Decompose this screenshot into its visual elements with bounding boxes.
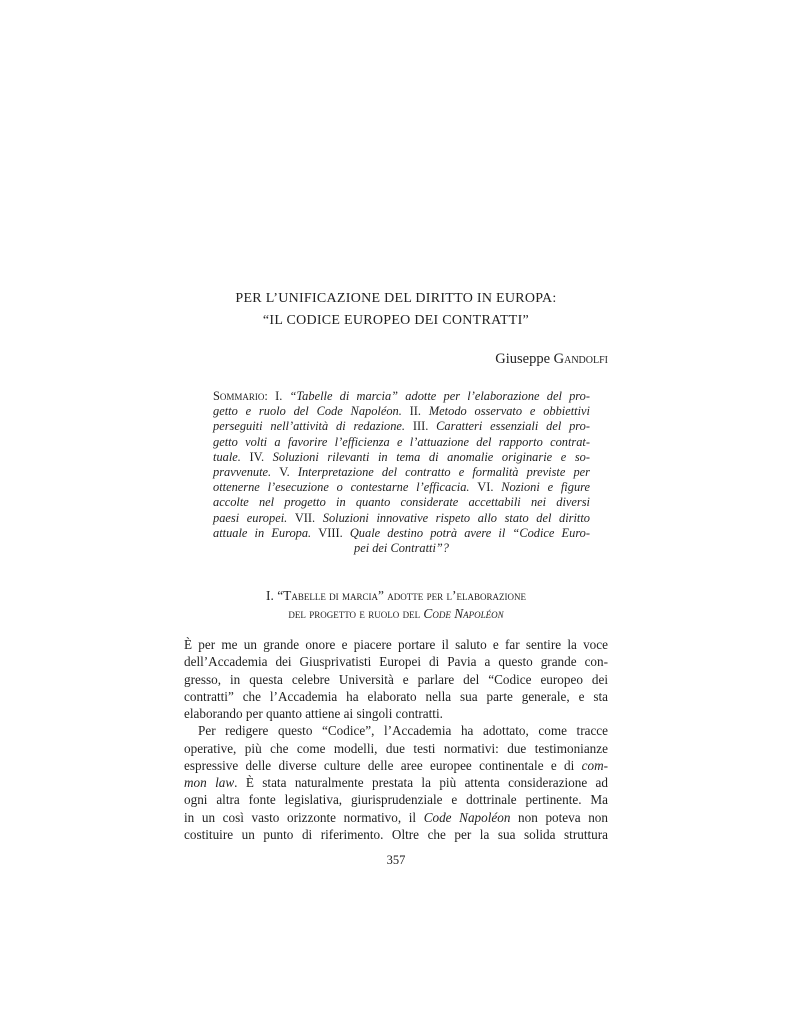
text-run: VII. [295,511,323,525]
text-line: pei dei Contratti”? [213,541,590,556]
text-line: espressive delle diverse culture delle a… [184,757,608,774]
text-line: tuale. IV. Soluzioni rilevanti in tema d… [213,450,590,465]
text-line: in un così vasto orizzonte normativo, il… [184,809,608,826]
text-run: IV. [249,450,272,464]
text-run: contratti” che l’Accademia ha elaborato … [184,689,608,704]
page-number: 357 [184,853,608,868]
text-run: VI. [477,480,501,494]
text-line: dell’Accademia dei Giusprivatisti Europe… [184,653,608,670]
text-line: ogni altra fonte legislativa, giurisprud… [184,791,608,808]
text-run: tuale. [213,450,249,464]
text-run: getto e ruolo del Code Napoléon. [213,404,410,418]
text-run: III. [413,419,436,433]
text-run: È per me un grande onore e piacere porta… [184,637,608,652]
section-heading: I. “Tabelle di marcia” adotte per l’elab… [184,587,608,623]
text-line: Sommario: I. “Tabelle di marcia” adotte … [213,389,590,404]
text-run: ottenerne l’esecuzione o contestarne l’e… [213,480,477,494]
author-surname: Gandolfi [554,351,608,367]
text-line: paesi europei. VII. Soluzioni innovative… [213,511,590,526]
text-line: Per redigere questo “Codice”, l’Accademi… [184,722,608,739]
text-line: elaborando per quanto attiene ai singoli… [184,705,608,722]
text-run: com- [582,758,608,773]
text-line: attuale in Europa. VIII. Quale destino p… [213,526,590,541]
paragraph: Per redigere questo “Codice”, l’Accademi… [184,722,608,843]
text-line: perseguiti nell’attività di redazione. I… [213,419,590,434]
text-run: perseguiti nell’attività di redazione. [213,419,413,433]
text-run: VIII. [318,526,350,540]
text-run: . È stata naturalmente prestata la più a… [234,775,608,790]
title-line-1: PER L’UNIFICAZIONE DEL DIRITTO IN EUROPA… [184,288,608,310]
author-given-name: Giuseppe [495,351,553,367]
text-run: Metodo osservato e obbiettivi [429,404,590,418]
text-line: del progetto e ruolo del Code Napoléon [184,605,608,623]
text-run: gresso, in questa celebre Università e p… [184,672,608,687]
text-run: del progetto e ruolo del [288,606,423,621]
text-run: Code Napoléon [424,810,511,825]
text-run: elaborando per quanto attiene ai singoli… [184,706,443,721]
text-run: Per redigere questo “Codice”, l’Accademi… [198,723,608,738]
text-run: Soluzioni rilevanti in tema di anomalie … [273,450,590,464]
text-run: : I. [264,389,289,403]
document-page: PER L’UNIFICAZIONE DEL DIRITTO IN EUROPA… [0,0,791,1024]
text-line: gresso, in questa celebre Università e p… [184,671,608,688]
text-run: mon law [184,775,234,790]
text-run: II. [410,404,429,418]
article-title: PER L’UNIFICAZIONE DEL DIRITTO IN EUROPA… [184,288,608,331]
text-line: mon law. È stata naturalmente prestata l… [184,774,608,791]
text-run: I. “Tabelle di marcia” adotte per l’elab… [266,588,526,603]
text-run: Caratteri essenziali del pro- [436,419,590,433]
text-line: getto volti a favorire l’efficienza e l’… [213,435,590,450]
text-line: ottenerne l’esecuzione o contestarne l’e… [213,480,590,495]
text-line: contratti” che l’Accademia ha elaborato … [184,688,608,705]
text-run: Interpretazione del contratto e formalit… [298,465,590,479]
text-line: accolte nel progetto in quanto considera… [213,495,590,510]
text-run: non poteva non [510,810,608,825]
sommario-abstract: Sommario: I. “Tabelle di marcia” adotte … [213,389,590,556]
text-run: “Tabelle di marcia” adotte per l’elabora… [290,389,590,403]
text-run: Quale destino potrà avere il “Codice Eur… [350,526,590,540]
text-run: costituire un punto di riferimento. Oltr… [184,827,608,842]
text-run: in un così vasto orizzonte normativo, il [184,810,424,825]
text-line: È per me un grande onore e piacere porta… [184,636,608,653]
text-run: paesi europei. [213,511,295,525]
text-run: getto volti a favorire l’efficienza e l’… [213,435,590,449]
text-line: I. “Tabelle di marcia” adotte per l’elab… [184,587,608,605]
paragraph: È per me un grande onore e piacere porta… [184,636,608,722]
text-run: Soluzioni innovative rispeto allo stato … [323,511,590,525]
text-run: Nozioni e figure [501,480,590,494]
text-line: operative, più che come modelli, due tes… [184,740,608,757]
title-line-2: “IL CODICE EUROPEO DEI CONTRATTI” [184,310,608,332]
text-run: accolte nel progetto in quanto considera… [213,495,590,509]
text-run: espressive delle diverse culture delle a… [184,758,582,773]
text-line: costituire un punto di riferimento. Oltr… [184,826,608,843]
text-run: pei dei Contratti”? [354,541,449,555]
article-body: È per me un grande onore e piacere porta… [184,636,608,843]
text-run: ogni altra fonte legislativa, giurisprud… [184,792,608,807]
text-run: Sommario [213,389,264,403]
text-run: dell’Accademia dei Giusprivatisti Europe… [184,654,608,669]
text-line: pravvenute. V. Interpretazione del contr… [213,465,590,480]
text-run: pravvenute. [213,465,279,479]
text-run: V. [279,465,298,479]
text-line: getto e ruolo del Code Napoléon. II. Met… [213,404,590,419]
text-run: Code Napoléon [423,606,503,621]
text-run: operative, più che come modelli, due tes… [184,741,608,756]
text-run: attuale in Europa. [213,526,318,540]
author-byline: Giuseppe Gandolfi [184,351,608,368]
